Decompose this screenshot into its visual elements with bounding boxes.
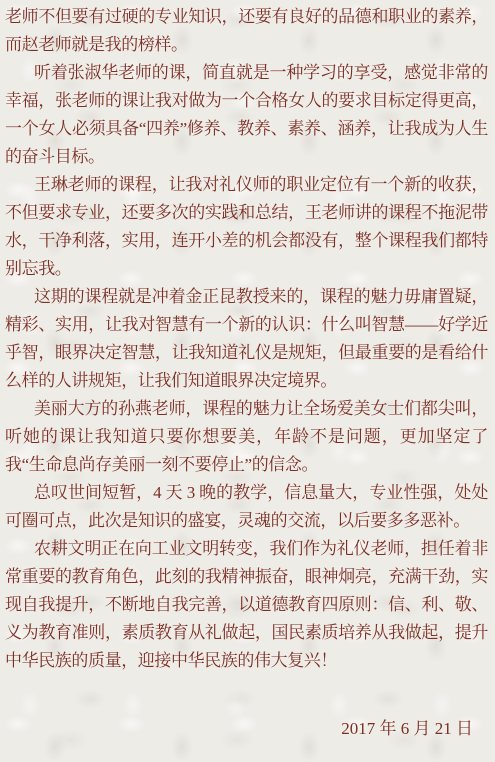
paragraph-2: 听着张淑华老师的课，简直就是一种学习的享受，感觉非常的幸福，张老师的课让我对做为… <box>5 59 488 171</box>
paragraph-5: 美丽大方的孙燕老师，课程的魅力让全场爱美女士们都尖叫，听她的课让我知道只要你想要… <box>5 395 488 479</box>
paragraph-1: 老师不但要有过硬的专业知识，还要有良好的品德和职业的素养，而赵老师就是我的榜样。 <box>5 3 488 59</box>
paragraph-6: 总叹世间短暂，4 天 3 晚的教学，信息量大，专业性强，处处可圈可点，此次是知识… <box>5 479 488 535</box>
paragraph-3: 王琳老师的课程，让我对礼仪师的职业定位有一个新的收获，不但要求专业，还要多次的实… <box>5 171 488 283</box>
document-date: 2017 年 6 月 21 日 <box>341 719 473 738</box>
paragraph-4: 这期的课程就是冲着金正昆教授来的，课程的魅力毋庸置疑，精彩、实用，让我对智慧有一… <box>5 283 488 395</box>
date-line: 2017 年 6 月 21 日 <box>5 715 488 743</box>
paragraph-7: 农耕文明正在向工业文明转变，我们作为礼仪老师，担任着非常重要的教育角色，此刻的我… <box>5 535 488 675</box>
testimonial-document-page: 老师不但要有过硬的专业知识，还要有良好的品德和职业的素养，而赵老师就是我的榜样。… <box>0 0 495 762</box>
